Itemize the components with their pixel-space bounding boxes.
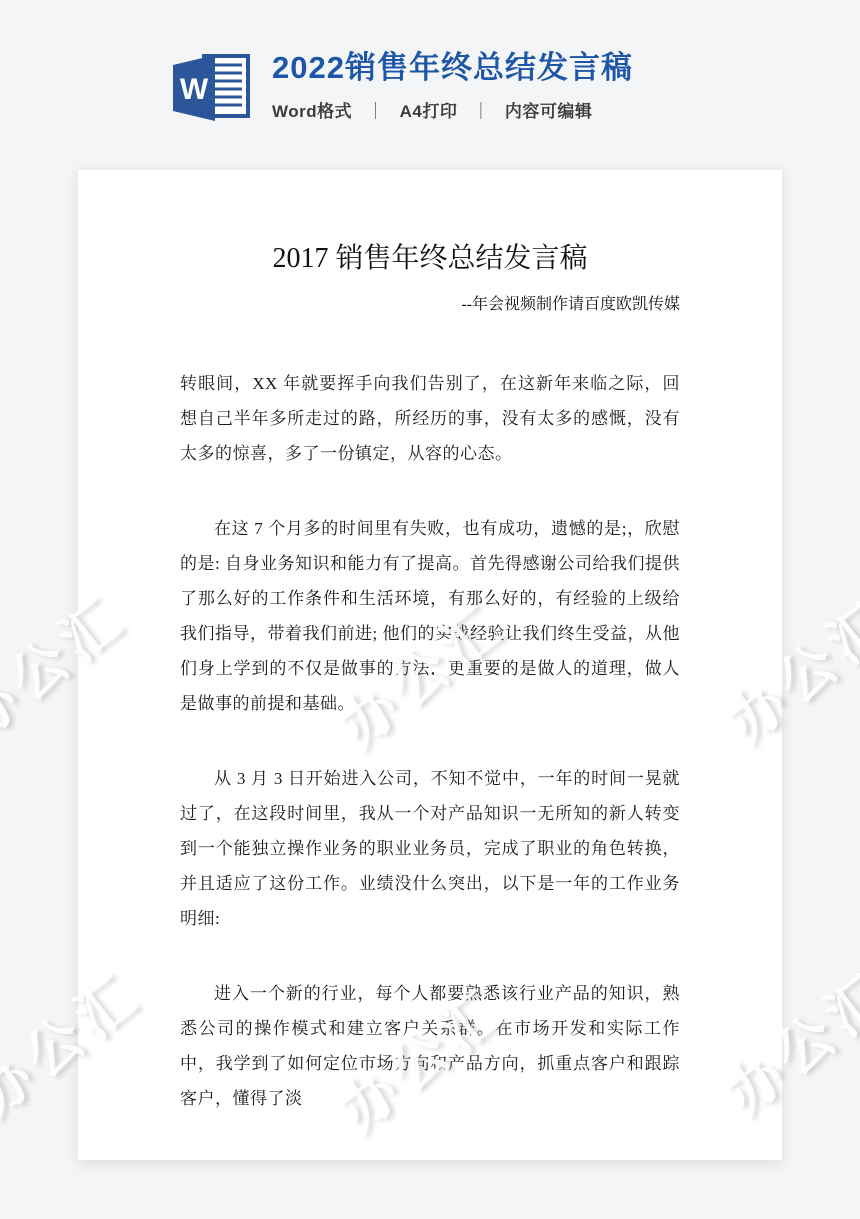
doc-paragraph: 进入一个新的行业，每个人都要熟悉该行业产品的知识，熟悉公司的操作模式和建立客户关… xyxy=(180,976,680,1116)
meta-format-label: Word格式 xyxy=(272,102,352,121)
word-icon: W xyxy=(168,50,252,126)
document-page: 2017 销售年终总结发言稿 --年会视频制作请百度欧凯传媒 转眼间，XX 年就… xyxy=(78,170,782,1160)
doc-paragraph: 在这 7 个月多的时间里有失败，也有成功，遗憾的是;，欣慰的是: 自身业务知识和… xyxy=(180,511,680,721)
meta-separator: ｜ xyxy=(472,102,490,121)
page-title: 2022销售年终总结发言稿 xyxy=(272,50,633,86)
doc-body: 转眼间，XX 年就要挥手向我们告别了，在这新年来临之际，回想自己半年多所走过的路… xyxy=(180,366,680,1116)
meta-separator: ｜ xyxy=(367,102,385,121)
doc-byline: --年会视频制作请百度欧凯传媒 xyxy=(180,294,680,316)
doc-paragraph: 从 3 月 3 日开始进入公司，不知不觉中，一年的时间一晃就过了，在这段时间里，… xyxy=(180,761,680,936)
word-icon-letter: W xyxy=(180,73,209,106)
meta-editable-label: 内容可编辑 xyxy=(505,102,593,121)
doc-meta-line: Word格式｜A4打印｜内容可编辑 xyxy=(272,97,633,122)
document-header: W 2022销售年终总结发言稿 Word格式｜A4打印｜内容可编辑 xyxy=(168,50,633,126)
doc-paragraph: 转眼间，XX 年就要挥手向我们告别了，在这新年来临之际，回想自己半年多所走过的路… xyxy=(180,366,680,471)
header-text-block: 2022销售年终总结发言稿 Word格式｜A4打印｜内容可编辑 xyxy=(272,50,633,122)
doc-title: 2017 销售年终总结发言稿 xyxy=(180,240,680,278)
meta-print-label: A4打印 xyxy=(400,102,458,121)
page-root: W 2022销售年终总结发言稿 Word格式｜A4打印｜内容可编辑 2017 销… xyxy=(0,0,860,1219)
